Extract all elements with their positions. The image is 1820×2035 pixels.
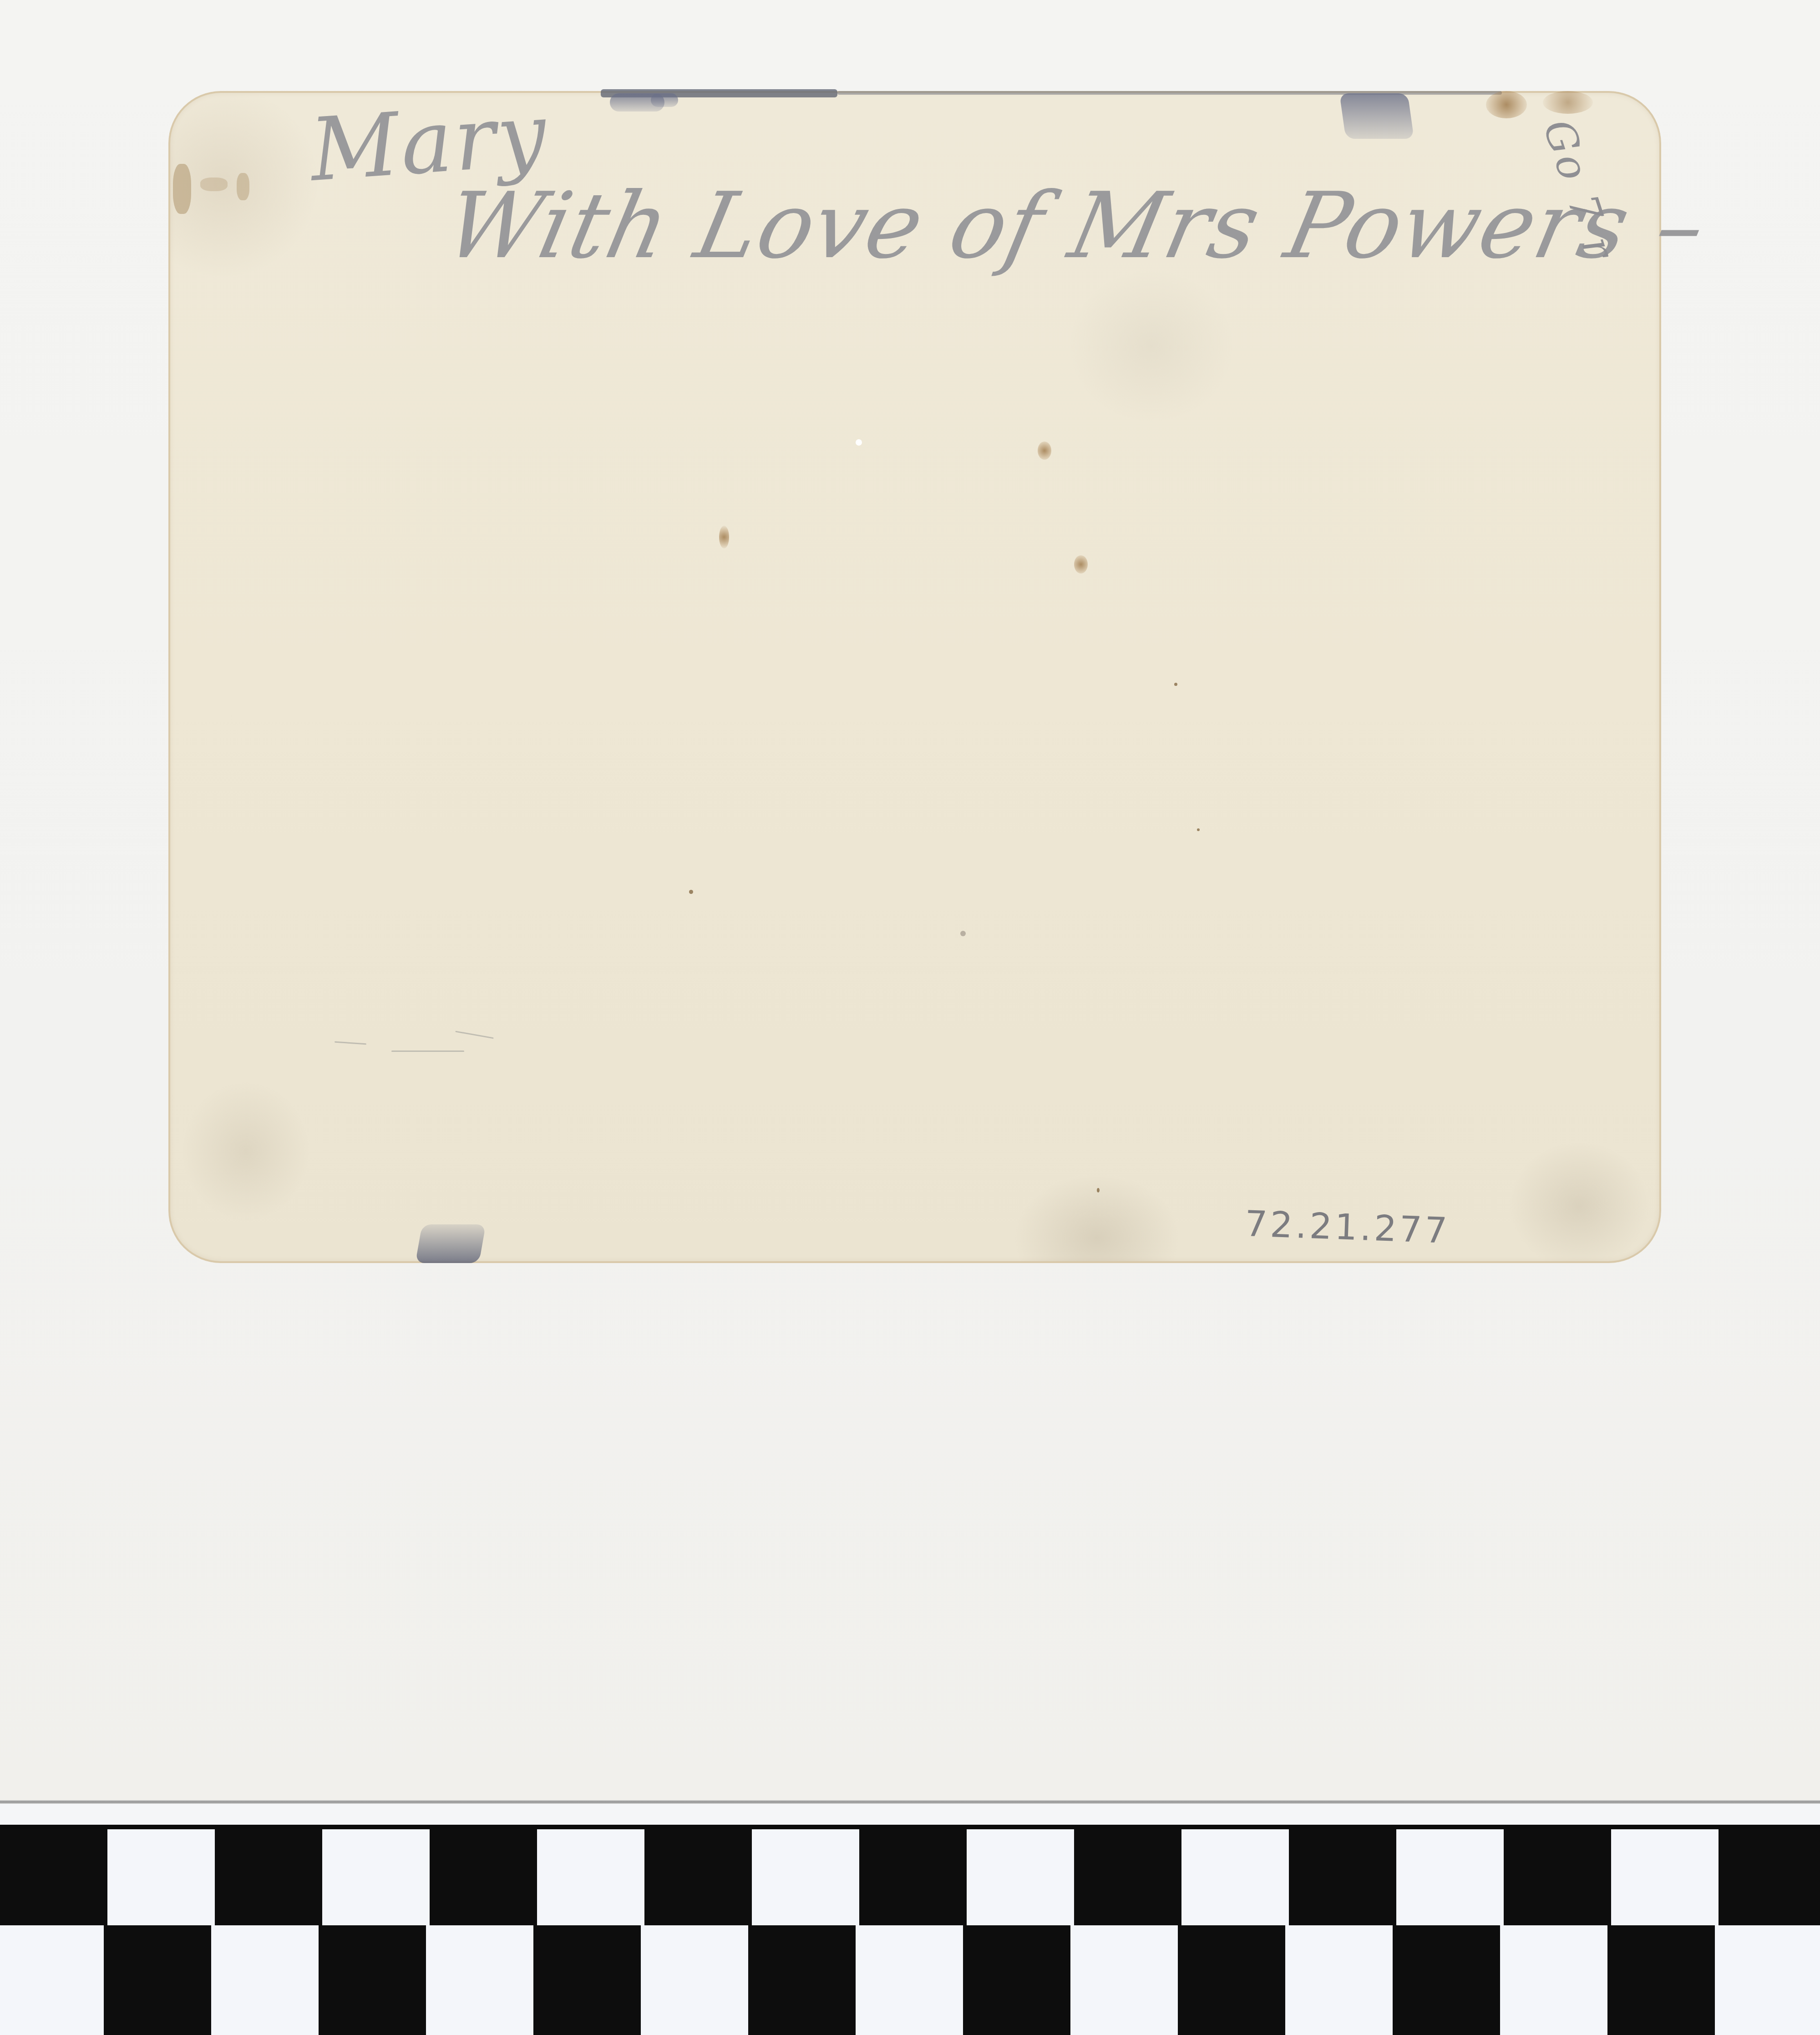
- scale-cell-black: [963, 1925, 1070, 2035]
- pencil-mark: [391, 1050, 464, 1052]
- speck: [1197, 828, 1200, 831]
- scale-cell-white: [426, 1925, 533, 2035]
- scale-cell-black: [319, 1925, 426, 2035]
- tan-stain: [1074, 555, 1088, 573]
- scale-cell-black: [104, 1925, 211, 2035]
- scale-cell-black: [1289, 1829, 1396, 1925]
- ink-streak: [416, 1224, 486, 1263]
- ink-streak: [1339, 93, 1414, 139]
- speck: [960, 931, 966, 936]
- speck: [689, 890, 693, 894]
- inscription-dedication: With Love of Mrs Powers –: [437, 173, 1715, 279]
- scale-cell-black: [1178, 1925, 1285, 2035]
- scale-bar-border: [0, 1825, 1820, 1829]
- tan-stain: [1038, 442, 1051, 460]
- scale-cell-white: [322, 1829, 430, 1925]
- scale-cell-white: [1500, 1925, 1607, 2035]
- tan-stain: [1543, 91, 1593, 114]
- scale-cell-white: [0, 1925, 104, 2035]
- scale-cell-white: [1715, 1925, 1820, 2035]
- corner-wear: [173, 164, 191, 214]
- speck: [1097, 1188, 1100, 1193]
- scale-cell-black: [0, 1829, 107, 1925]
- scale-cell-black: [1719, 1829, 1820, 1925]
- scale-cell-black: [859, 1829, 967, 1925]
- scale-cell-white: [752, 1829, 859, 1925]
- scale-cell-white: [107, 1829, 215, 1925]
- corner-wear: [200, 178, 228, 191]
- catalog-number: 72.21.277: [1244, 1203, 1451, 1252]
- scale-bar-edge: [0, 1800, 1820, 1804]
- scale-cell-white: [856, 1925, 963, 2035]
- scale-cell-black: [644, 1829, 752, 1925]
- scale-bar: [0, 1800, 1820, 2035]
- scale-cell-white: [641, 1925, 748, 2035]
- scale-cell-black: [1393, 1925, 1500, 2035]
- speck: [856, 439, 862, 446]
- scale-cell-black: [748, 1925, 856, 2035]
- scale-cell-white: [1285, 1925, 1393, 2035]
- scale-cell-black: [430, 1829, 537, 1925]
- scale-cell-black: [533, 1925, 641, 2035]
- scale-cell-black: [1607, 1925, 1715, 2035]
- scale-cell-white: [1396, 1829, 1504, 1925]
- scale-cell-white: [1181, 1829, 1289, 1925]
- scale-cell-white: [1070, 1925, 1178, 2035]
- ink-streak: [651, 93, 678, 107]
- scale-cell-black: [1504, 1829, 1611, 1925]
- scale-cell-black: [215, 1829, 322, 1925]
- corner-wear: [237, 173, 249, 200]
- scale-cell-white: [211, 1925, 319, 2035]
- tan-stain: [719, 526, 729, 548]
- scale-row-bottom: [0, 1925, 1820, 2035]
- scale-cell-white: [967, 1829, 1074, 1925]
- scale-cell-black: [1074, 1829, 1181, 1925]
- tan-stain: [1486, 91, 1527, 118]
- scale-cell-white: [1611, 1829, 1719, 1925]
- scale-cell-white: [537, 1829, 644, 1925]
- scale-row-top: [0, 1829, 1820, 1925]
- speck: [1174, 683, 1177, 686]
